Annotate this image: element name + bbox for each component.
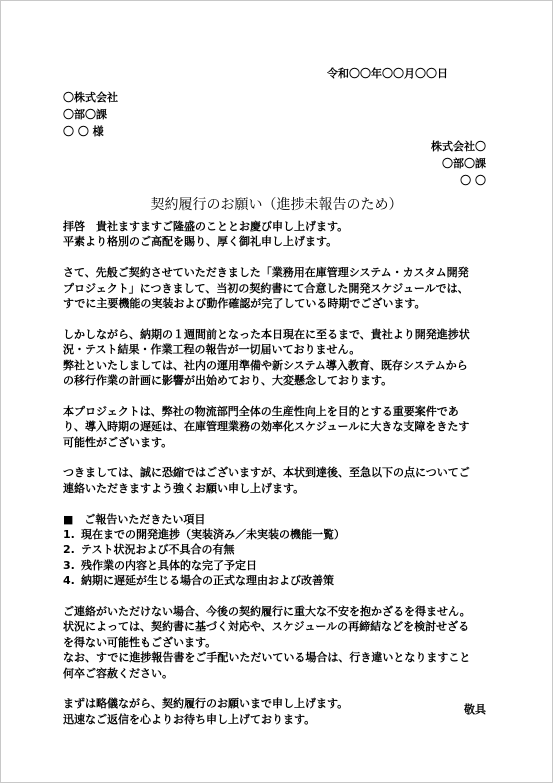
greeting-paragraph: 拝啓 貴社ますますご隆盛のこととお慶び申し上げます。 平素より格別のご高配を賜り… bbox=[63, 219, 493, 250]
contract-paragraph: さて、先般ご契約させていただきました「業務用在庫管理システム・カスタム開発 プロ… bbox=[63, 265, 493, 311]
list-item: 3. 残作業の内容と具体的な完了予定日 bbox=[63, 558, 493, 573]
sender-block: 株式会社〇 〇部〇課 〇 〇 bbox=[431, 138, 486, 189]
list-item: 2. テスト状況および不具合の有無 bbox=[63, 542, 493, 557]
sender-department: 〇部〇課 bbox=[431, 155, 486, 172]
recipient-department: 〇部〇課 bbox=[63, 106, 118, 123]
sender-company: 株式会社〇 bbox=[431, 138, 486, 155]
recipient-company: 〇株式会社 bbox=[63, 89, 118, 106]
document-page: 令和〇〇年〇〇月〇〇日 〇株式会社 〇部〇課 〇 〇 様 株式会社〇 〇部〇課 … bbox=[0, 0, 553, 783]
list-item: 4. 納期に遅延が生じる場合の正式な理由および改善策 bbox=[63, 573, 493, 588]
recipient-block: 〇株式会社 〇部〇課 〇 〇 様 bbox=[63, 89, 118, 140]
importance-paragraph: 本プロジェクトは、弊社の物流部門全体の生産性向上を目的とする重要案件であ り、導… bbox=[63, 404, 493, 450]
warning-paragraph: ご連絡がいただけない場合、今後の契約履行に重大な不安を抱かざるを得ません。 状況… bbox=[63, 604, 493, 681]
closing-paragraph: まずは略儀ながら、契約履行のお願いまで申し上げます。 迅速なご返信を心よりお待ち… bbox=[63, 696, 493, 727]
concern-paragraph: しかしながら、納期の１週間前となった本日現在に至るまで、貴社より開発進捗状 況・… bbox=[63, 327, 493, 389]
document-title: 契約履行のお願い（進捗未報告のため） bbox=[1, 194, 552, 214]
closing-word: 敬具 bbox=[464, 701, 486, 717]
letter-body: 拝啓 貴社ますますご隆盛のこととお慶び申し上げます。 平素より格別のご高配を賜り… bbox=[63, 219, 493, 727]
request-paragraph: つきましては、誠に恐縮ではございますが、本状到達後、至急以下の点についてご 連絡… bbox=[63, 465, 493, 496]
recipient-name: 〇 〇 様 bbox=[63, 123, 118, 140]
list-item: 1. 現在までの開発進捗（実装済み／未実装の機能一覧） bbox=[63, 527, 493, 542]
sender-name: 〇 〇 bbox=[431, 172, 486, 189]
list-heading: ■ ご報告いただきたい項目 bbox=[63, 512, 493, 527]
document-date: 令和〇〇年〇〇月〇〇日 bbox=[327, 65, 448, 81]
